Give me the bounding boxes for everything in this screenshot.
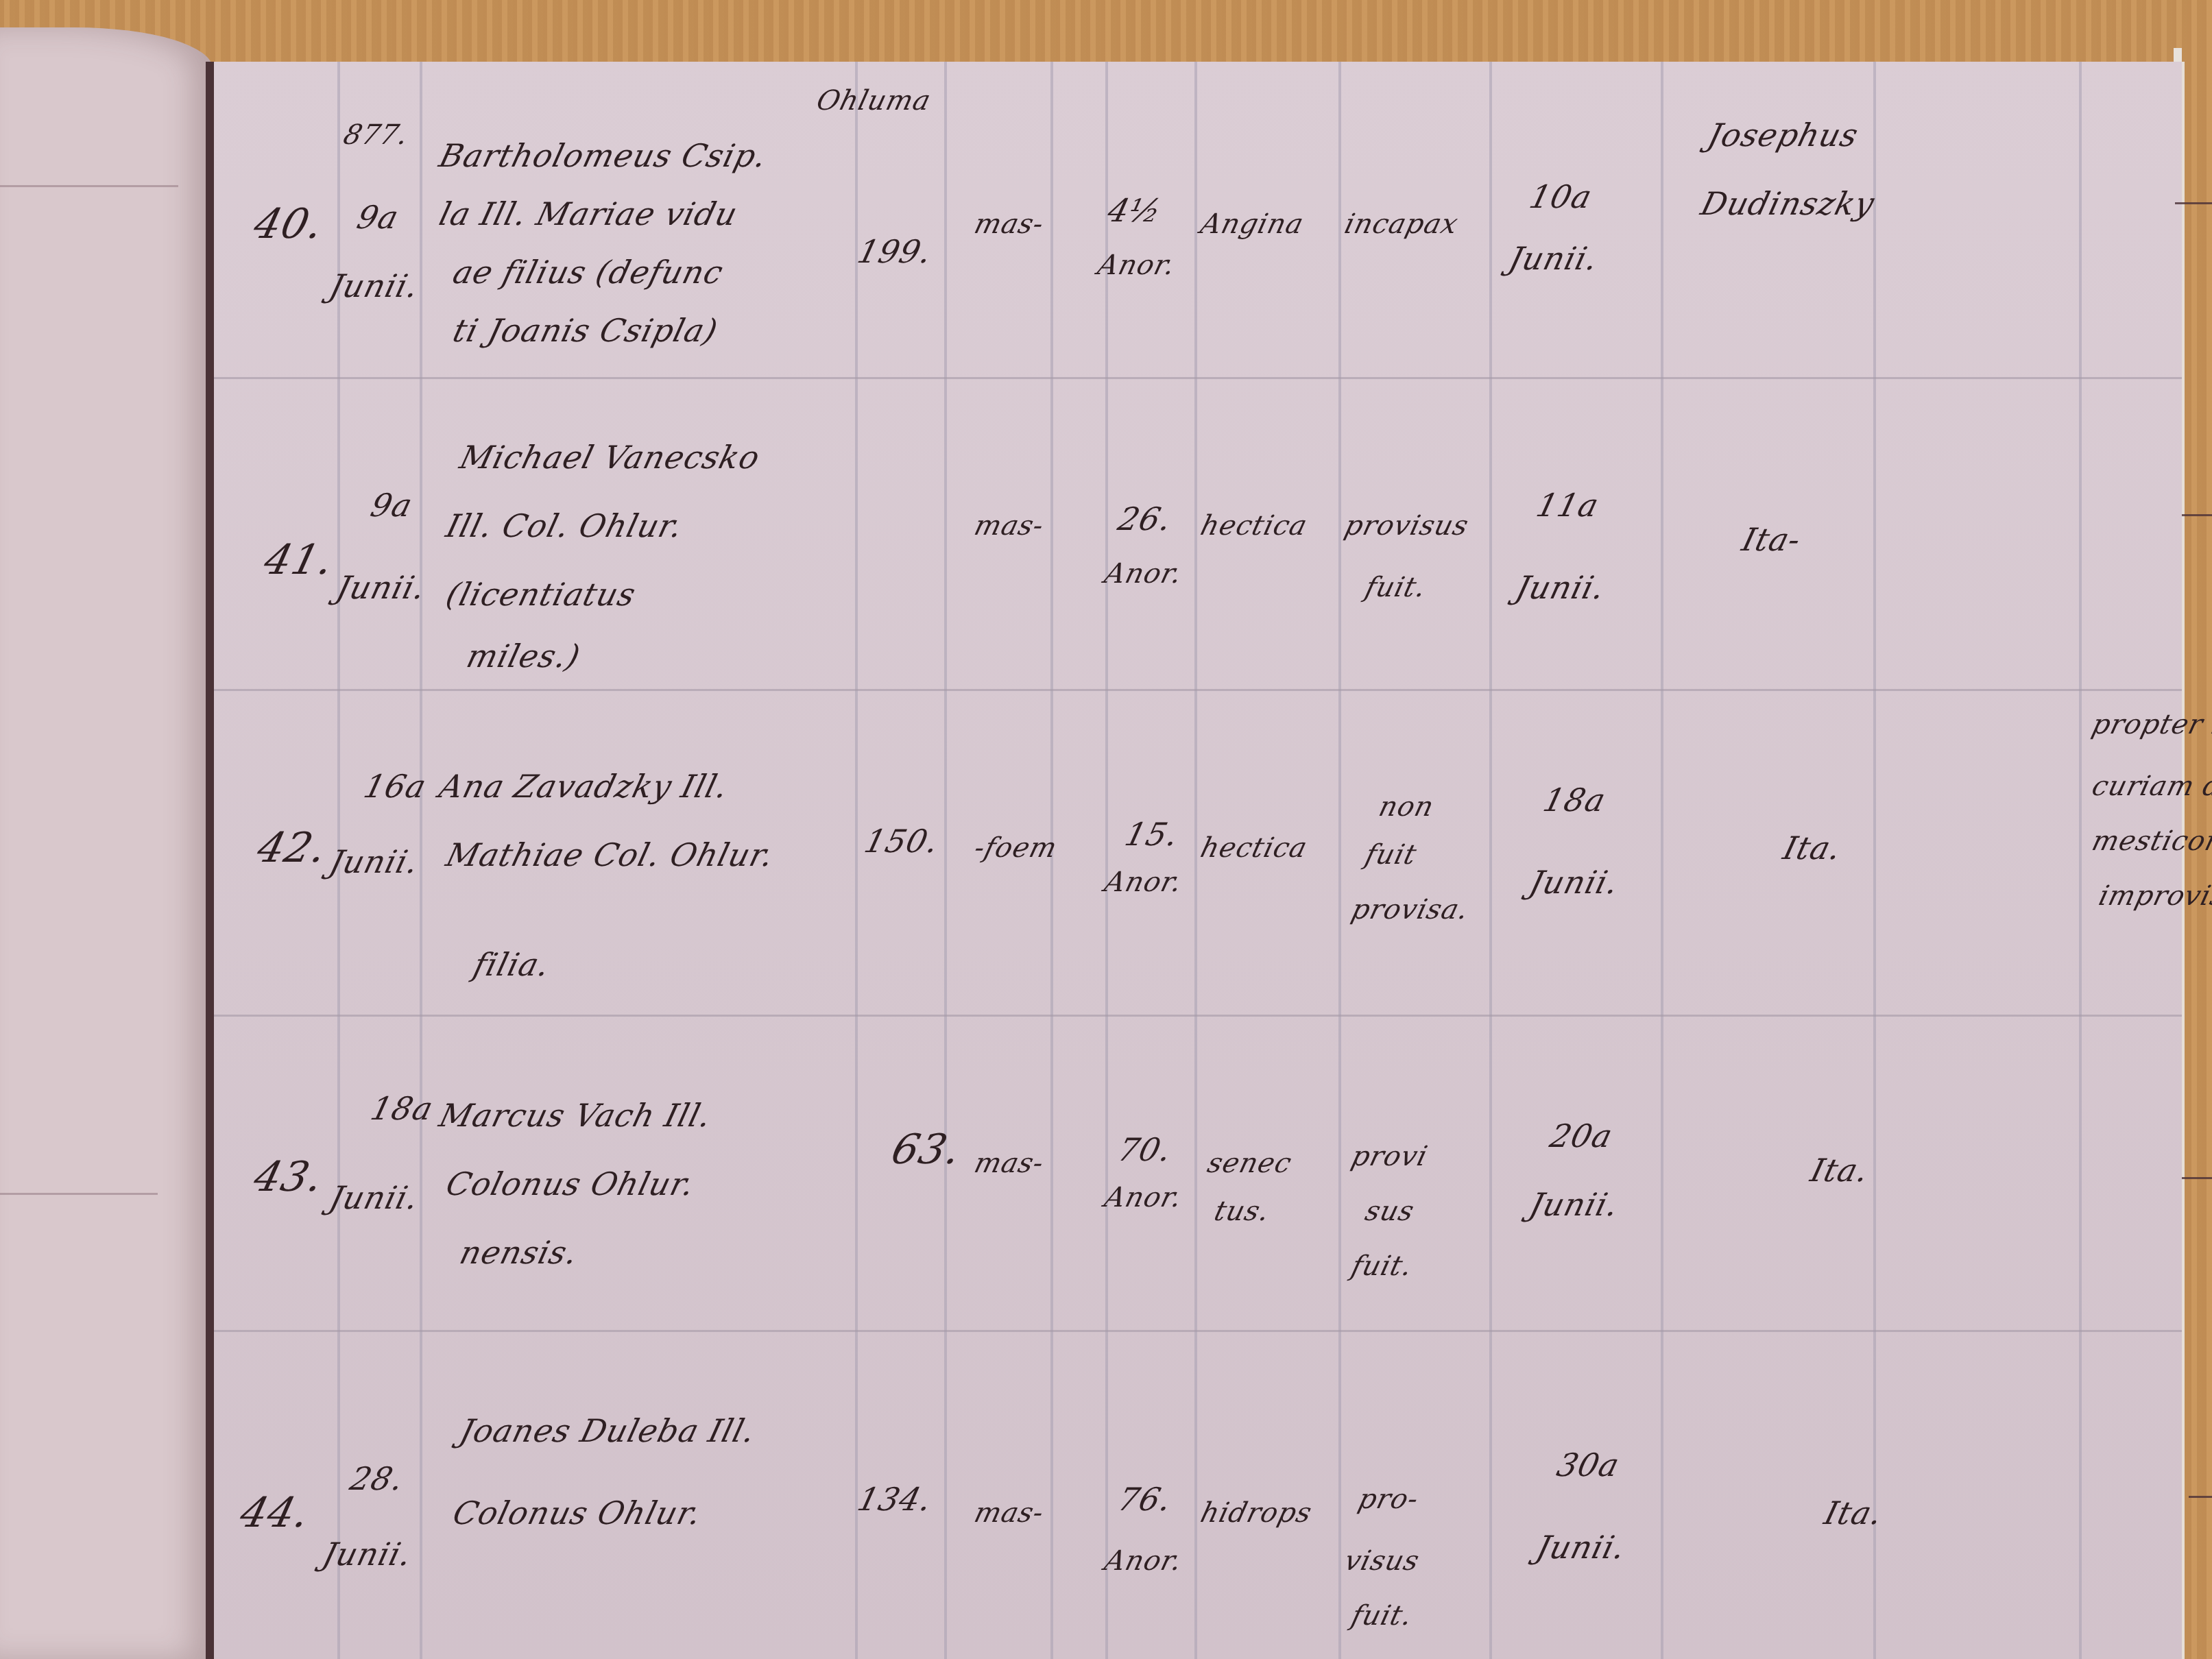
death-day: 9a [365, 480, 418, 531]
remarks-line: curiam do- [2087, 761, 2212, 812]
burial-month: Junii. [1531, 1522, 1631, 1573]
death-month: Junii. [331, 562, 431, 613]
age: 15. [1120, 809, 1185, 860]
age-unit: Anor. [1092, 240, 1181, 291]
name-line: Bartholomeus Csip. [434, 130, 773, 181]
name-line: Colonus Ohlur. [441, 1159, 700, 1209]
house-number: 63. [887, 1124, 967, 1175]
priest: Dudinszky [1696, 178, 1880, 229]
name-line: (licentiatus [441, 569, 642, 620]
priest-ditto: Ita. [1819, 1488, 1888, 1538]
row-rule [214, 1015, 2182, 1017]
name-line: Ill. Col. Ohlur. [441, 500, 688, 551]
burial-day: 11a [1531, 480, 1604, 531]
death-month: Junii. [324, 836, 424, 887]
place-note: Ohluma [811, 75, 937, 126]
death-month: Junii. [317, 1529, 418, 1579]
column-rule [1489, 62, 1492, 1659]
remarks-dash [2182, 514, 2212, 516]
age: 76. [1113, 1474, 1178, 1525]
sacraments: non [1373, 782, 1440, 832]
column-rule [420, 62, 422, 1659]
burial-month: Junii. [1504, 233, 1604, 284]
burial-day: 10a [1524, 171, 1598, 222]
burial-month: Junii. [1511, 562, 1611, 613]
column-rule [855, 62, 858, 1659]
sex: -foem [969, 823, 1063, 873]
burial-month: Junii. [1524, 1179, 1624, 1230]
house-number: 150. [859, 816, 945, 867]
name-line: ae filius (defunc [448, 247, 729, 298]
remarks-line: propter inin [2087, 699, 2212, 750]
remarks-line: improvisa [2093, 871, 2212, 921]
left-page-rule [0, 1193, 158, 1195]
remarks-line: mesticorum [2087, 816, 2212, 867]
column-rule [1661, 62, 1663, 1659]
column-rule [1194, 62, 1197, 1659]
death-day: 28. [345, 1453, 410, 1504]
sacraments: visus [1339, 1536, 1426, 1586]
register-page: 40. 877. 9a Junii. Bartholomeus Csip. la… [214, 62, 2182, 1659]
sacraments: fuit. [1346, 1590, 1419, 1641]
year: 877. [338, 110, 415, 160]
age: 70. [1113, 1124, 1178, 1175]
column-rule [1873, 62, 1876, 1659]
sacraments: provisus [1339, 500, 1474, 551]
cause-of-death: senec [1202, 1138, 1297, 1189]
cause-of-death: hectica [1195, 823, 1313, 873]
sacraments: sus [1360, 1186, 1420, 1237]
cause-of-death: tus. [1209, 1186, 1276, 1237]
sex: mas- [969, 1138, 1050, 1189]
burial-day: 30a [1552, 1440, 1625, 1490]
age-unit: Anor. [1099, 1172, 1188, 1223]
age-unit: Anor. [1099, 857, 1188, 908]
entry-number: 41. [259, 535, 339, 585]
column-rule [1338, 62, 1341, 1659]
name-line: Ana Zavadzky Ill. [434, 761, 734, 812]
entry-number: 44. [235, 1488, 315, 1538]
priest-ditto: Ita. [1805, 1145, 1875, 1196]
sacraments: incapax [1339, 199, 1464, 250]
sacraments: fuit. [1360, 562, 1432, 613]
sacraments: pro- [1353, 1474, 1425, 1525]
sacraments: provisa. [1346, 884, 1475, 935]
sex: mas- [969, 500, 1050, 551]
left-page-rule [0, 185, 178, 187]
death-day: 18a [365, 1083, 439, 1134]
entry-number: 40. [249, 199, 329, 250]
house-number: 134. [852, 1474, 938, 1525]
column-rule [2079, 62, 2082, 1659]
age: 4½ [1103, 185, 1167, 236]
cause-of-death: hectica [1195, 500, 1313, 551]
sex: mas- [969, 1488, 1050, 1538]
death-day: 9a [352, 192, 405, 243]
sacraments: fuit [1360, 829, 1423, 880]
remarks-dash [2189, 1496, 2212, 1498]
name-line: miles.) [461, 631, 586, 681]
age-unit: Anor. [1099, 548, 1188, 599]
priest: Josephus [1703, 110, 1864, 160]
column-rule [1105, 62, 1108, 1659]
entry-number: 42. [252, 823, 333, 873]
death-month: Junii. [324, 261, 424, 311]
sex: mas- [969, 199, 1050, 250]
sacraments: fuit. [1346, 1241, 1419, 1292]
name-line: ti Joanis Csipla) [448, 305, 723, 356]
priest-ditto: Ita- [1737, 514, 1807, 565]
age-unit: Anor. [1099, 1536, 1188, 1586]
name-line: Michael Vanecsko [455, 432, 766, 483]
death-month: Junii. [324, 1172, 424, 1223]
burial-day: 20a [1545, 1111, 1618, 1161]
death-day: 16a [359, 761, 432, 812]
name-line: la Ill. Mariae vidu [434, 189, 743, 239]
burial-day: 18a [1538, 775, 1611, 825]
name-line: Mathiae Col. Ohlur. [441, 829, 780, 880]
name-line: Colonus Ohlur. [448, 1488, 707, 1538]
house-number: 199. [852, 226, 938, 277]
name-line: filia. [468, 939, 556, 990]
cause-of-death: Angina [1195, 199, 1310, 250]
row-rule [214, 377, 2182, 379]
name-line: Marcus Vach Ill. [434, 1090, 717, 1141]
row-rule [214, 1330, 2182, 1332]
remarks-dash [2175, 202, 2212, 204]
name-line: Joanes Duleba Ill. [455, 1405, 761, 1456]
entry-number: 43. [249, 1152, 329, 1202]
name-line: nensis. [455, 1227, 584, 1278]
book-spine [206, 62, 214, 1659]
priest-ditto: Ita. [1778, 823, 1847, 873]
burial-month: Junii. [1524, 857, 1624, 908]
sacraments: provi [1346, 1131, 1434, 1182]
remarks-dash [2182, 1177, 2212, 1179]
column-rule [944, 62, 947, 1659]
cause-of-death: hidrops [1195, 1488, 1318, 1538]
row-rule [214, 689, 2182, 691]
left-page [0, 27, 213, 1659]
age: 26. [1113, 494, 1178, 544]
